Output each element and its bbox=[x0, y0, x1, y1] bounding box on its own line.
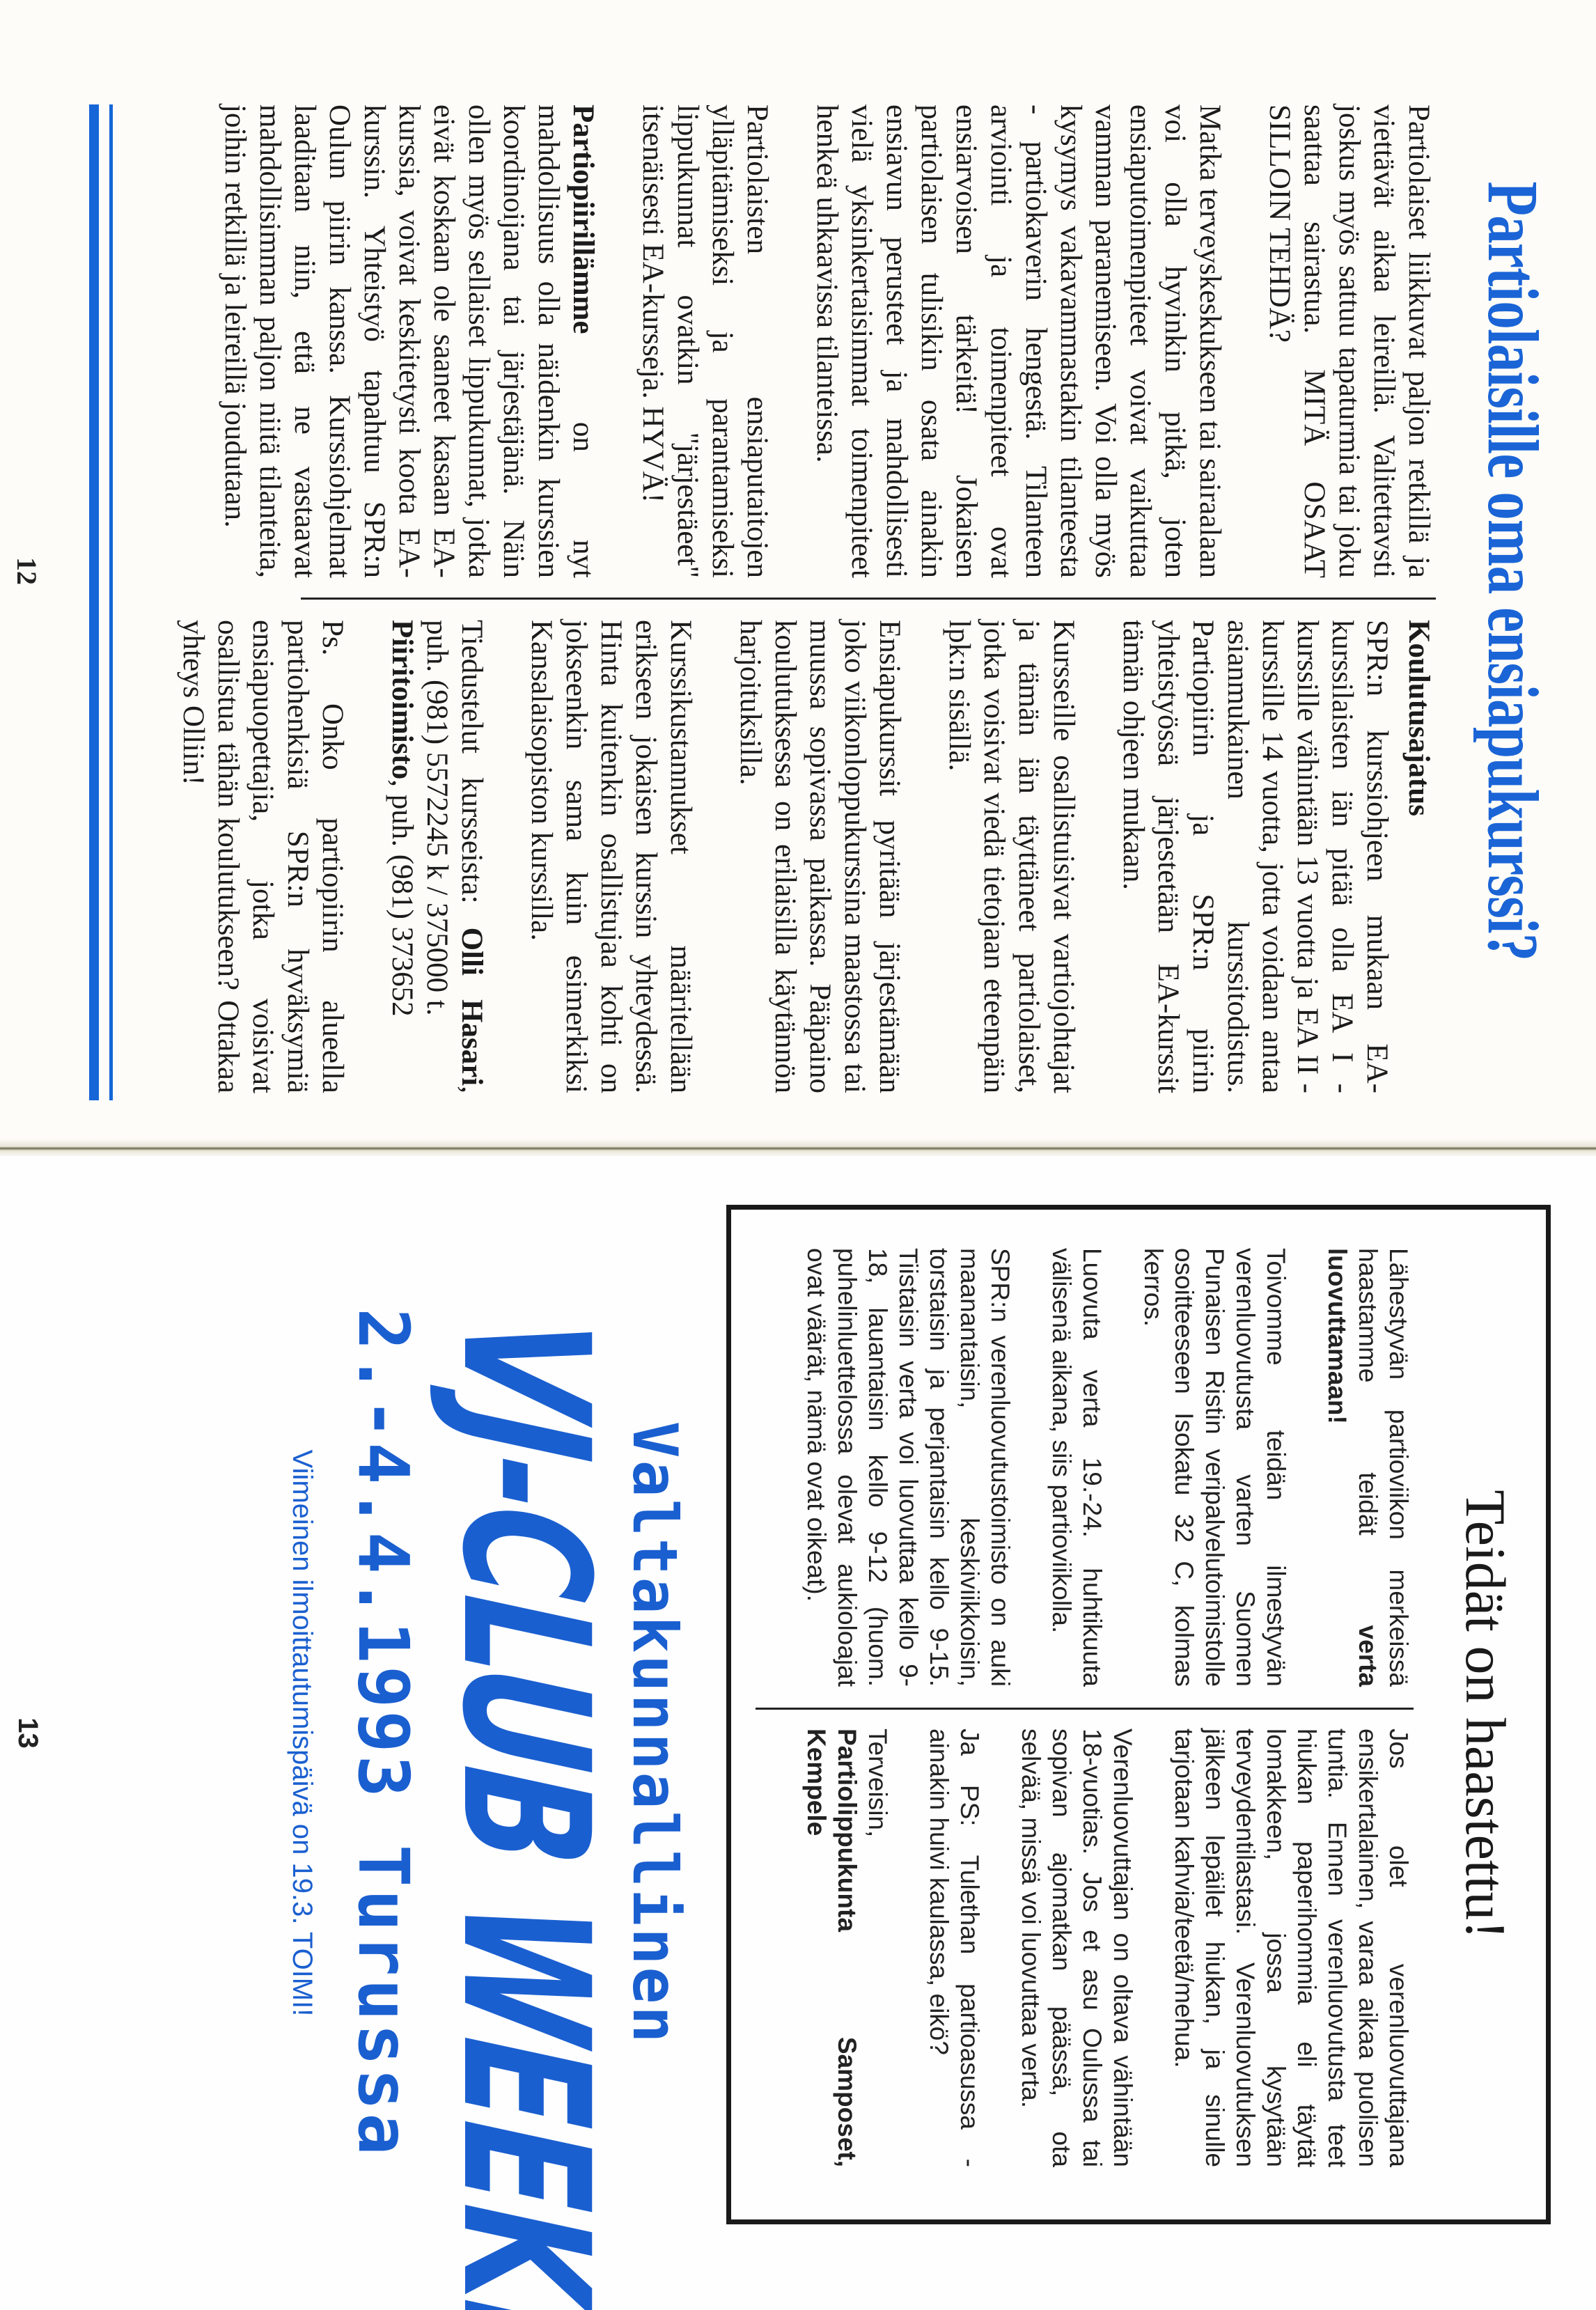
paragraph: Partiopiirillämme on nyt mahdollisuus ol… bbox=[217, 104, 600, 578]
page-12: Partiolaisille oma ensiapukurssi? Partio… bbox=[0, 0, 1596, 1142]
page-number: 13 bbox=[12, 1156, 43, 2310]
page-13: Teidät on haastettu! Lähestyvän partiovi… bbox=[0, 1156, 1596, 2310]
event-ad: Valtakunnallinen VJ-CLUB WEEKEND 2.-4.4.… bbox=[286, 1156, 691, 2310]
section-heading: Koulutusajatus bbox=[1402, 620, 1435, 816]
paragraph: Ja PS: Tulethan partioasussa - ainakin h… bbox=[923, 1728, 985, 2167]
left-column: Partiolaiset liikkuvat paljon retkillä j… bbox=[182, 104, 1436, 578]
paragraph-text: Lähestyvän partioviikon merkeissä haasta… bbox=[1354, 1248, 1413, 1687]
ad-dates: 2.-4.4.1993 Turussa bbox=[343, 1156, 424, 2310]
blue-rule-thick bbox=[89, 104, 99, 1100]
signature: Terveisin,Partiolippukunta Samposet, Kem… bbox=[801, 1728, 893, 2167]
ad-deadline-note: Viimeinen ilmoittautumispäivä on 19.3. T… bbox=[286, 1156, 318, 2310]
postscript: Ps. Onko partiopiirin alueella partiohen… bbox=[175, 620, 350, 1093]
paragraph: Toivomme teidän ilmestyvän verenluovutus… bbox=[1138, 1248, 1291, 1687]
contact-name-suffix: , bbox=[455, 1086, 488, 1093]
ad-subtitle: Valtakunnallinen bbox=[619, 1156, 691, 2310]
bold-lead: Partiopiirillämme bbox=[567, 104, 600, 334]
page-number: 12 bbox=[10, 0, 43, 1142]
signature-name: Partiolippukunta Samposet, Kempele bbox=[802, 1728, 861, 2167]
contact-intro: Tiedustelut kursseista: bbox=[455, 620, 488, 928]
paragraph: Jos olet verenluovuttajana ensikertalain… bbox=[1168, 1728, 1414, 2167]
right-column: Koulutusajatus SPR:n kurssiohjeen mukaan… bbox=[141, 620, 1436, 1093]
box-title: Teidät on haastettu! bbox=[1453, 1210, 1518, 2219]
ad-title: VJ-CLUB WEEKEND bbox=[431, 1311, 619, 2155]
challenge-box: Teidät on haastettu! Lähestyvän partiovi… bbox=[726, 1205, 1551, 2224]
right-column: Jos olet verenluovuttajana ensikertalain… bbox=[770, 1728, 1414, 2167]
column-divider bbox=[301, 598, 1436, 600]
page-fold bbox=[0, 1139, 1596, 1157]
greeting: Terveisin, bbox=[863, 1728, 892, 1837]
paragraph: Matka terveyskeskukseen tai sairaalaan v… bbox=[809, 104, 1227, 578]
paragraph-text: on nyt mahdollisuus olla näidenkin kurss… bbox=[219, 104, 600, 578]
paragraph: Kursseille osallistuisivat vartiojohtaja… bbox=[941, 620, 1081, 1093]
paragraph: Partiolaisten ensiaputaitojen ylläpitämi… bbox=[635, 104, 774, 578]
paragraph: Lähestyvän partioviikon merkeissä haasta… bbox=[1322, 1248, 1414, 1687]
contact-name: Olli Hasari bbox=[455, 928, 488, 1086]
paragraph: Kurssikustannukset määritellään erikseen… bbox=[524, 620, 698, 1093]
paragraph: Partiolaiset liikkuvat paljon retkillä j… bbox=[1262, 104, 1436, 578]
booklet-spread: Partiolaisille oma ensiapukurssi? Partio… bbox=[0, 0, 1596, 2310]
left-column: Lähestyvän partioviikon merkeissä haasta… bbox=[770, 1248, 1414, 1687]
paragraph: Luovuta verta 19.-24. huhtikuuta välisen… bbox=[1046, 1248, 1107, 1687]
column-divider bbox=[756, 1708, 1414, 1710]
paragraph: SPR:n kurssiohjeen mukaan EA-kurssilaist… bbox=[1116, 620, 1394, 1093]
contact-info: Tiedustelut kursseista: Olli Hasari, puh… bbox=[384, 620, 489, 1093]
office-label: Piiritoimisto bbox=[386, 620, 418, 779]
paragraph: Verenluovuttajan on oltava vähintään 18-… bbox=[1015, 1728, 1138, 2167]
paragraph: SPR:n verenluovutustoimisto on auki maan… bbox=[801, 1248, 1015, 1687]
article-columns: Partiolaiset liikkuvat paljon retkillä j… bbox=[182, 104, 1436, 1100]
paragraph: Ensiapukurssit pyritään järjestämään jok… bbox=[733, 620, 907, 1093]
blue-rule-thin bbox=[109, 104, 113, 1100]
contact-phone: puh. (981) 5572245 k / 375000 t. bbox=[421, 620, 453, 1016]
office-phone: , puh. (981) 373652 bbox=[386, 779, 418, 1016]
article-title: Partiolaisille oma ensiapukurssi? bbox=[1471, 148, 1554, 995]
